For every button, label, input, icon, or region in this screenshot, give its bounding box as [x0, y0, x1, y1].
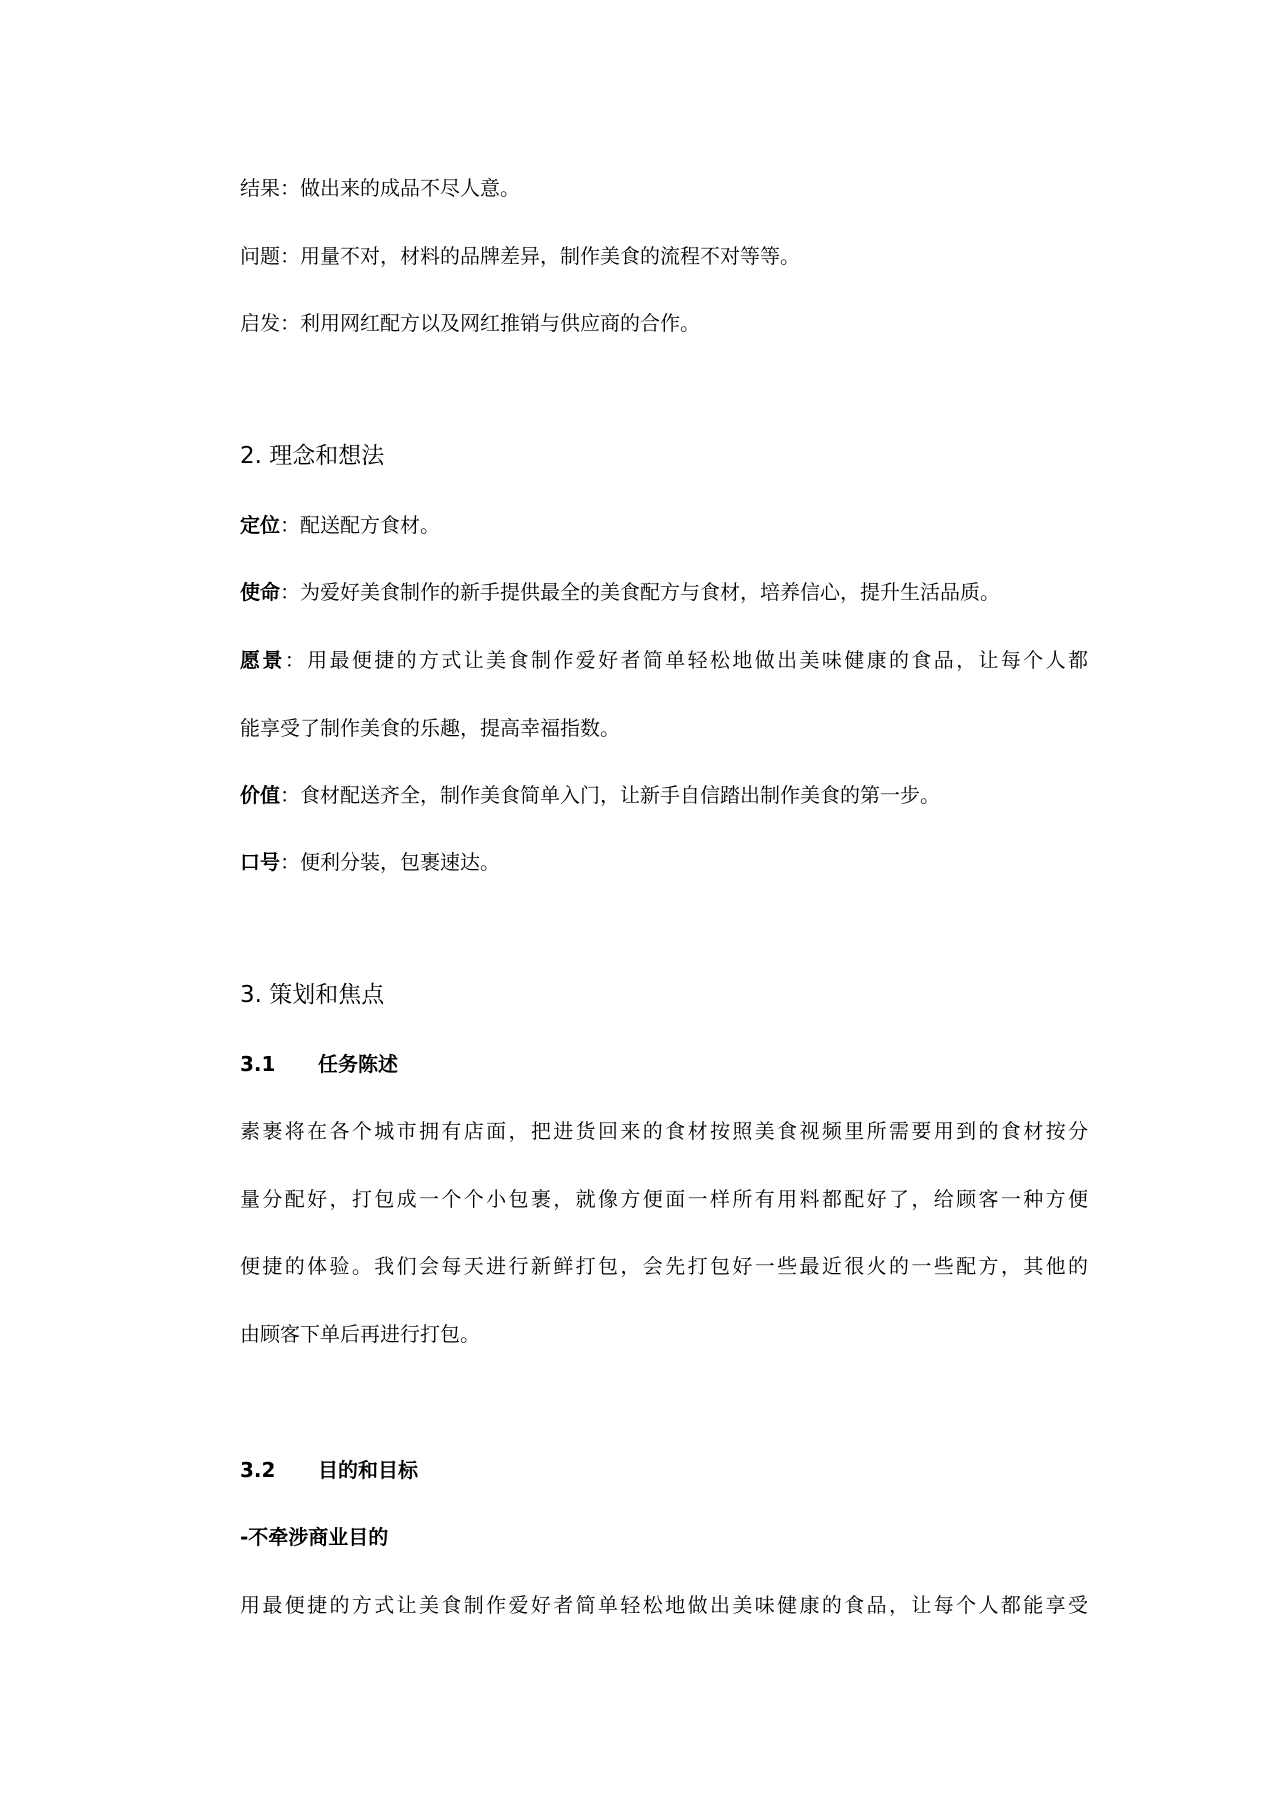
separator: ： [280, 580, 300, 604]
inspiration-line: 启发：利用网红配方以及网红推销与供应商的合作。 [240, 310, 700, 336]
value-label: 价值 [240, 783, 280, 807]
slogan-text: 便利分装，包裹速达。 [300, 850, 500, 874]
mission-label: 使命 [240, 580, 280, 604]
value-text: 食材配送齐全，制作美食简单入门，让新手自信踏出制作美食的第一步。 [300, 783, 940, 807]
value-line: 价值：食材配送齐全，制作美食简单入门，让新手自信踏出制作美食的第一步。 [240, 782, 940, 808]
mission-line: 使命：为爱好美食制作的新手提供最全的美食配方与食材，培养信心，提升生活品质。 [240, 579, 1000, 605]
positioning-label: 定位 [240, 513, 280, 537]
separator: ： [285, 648, 307, 672]
subsection-title: 任务陈述 [318, 1052, 398, 1076]
separator: ： [280, 783, 300, 807]
subsection-number: 3.2 [240, 1457, 318, 1483]
section-3-heading: 3. 策划和焦点 [240, 982, 384, 1008]
mission-statement-line-3: 便捷的体验。我们会每天进行新鲜打包，会先打包好一些最近很火的一些配方，其他的 [240, 1253, 1088, 1279]
mission-statement-line-1: 素裹将在各个城市拥有店面，把进货回来的食材按照美食视频里所需要用到的食材按分 [240, 1118, 1088, 1144]
positioning-text: 配送配方食材。 [300, 513, 440, 537]
document-page: 结果：做出来的成品不尽人意。 问题：用量不对，材料的品牌差异，制作美食的流程不对… [0, 0, 1280, 1812]
subsection-title: 目的和目标 [318, 1458, 418, 1482]
result-line: 结果：做出来的成品不尽人意。 [240, 175, 520, 201]
goal-line-1: 用最便捷的方式让美食制作爱好者简单轻松地做出美味健康的食品，让每个人都能享受 [240, 1592, 1088, 1618]
non-commercial-point: -不牵涉商业目的 [240, 1524, 388, 1550]
vision-text: 用最便捷的方式让美食制作爱好者简单轻松地做出美味健康的食品，让每个人都 [307, 648, 1088, 672]
separator: ： [280, 850, 300, 874]
inspiration-text: 利用网红配方以及网红推销与供应商的合作。 [300, 311, 700, 335]
subsection-number: 3.1 [240, 1051, 318, 1077]
result-text: 做出来的成品不尽人意。 [300, 176, 520, 200]
result-label: 结果 [240, 176, 280, 200]
subsection-3-1-heading: 3.1任务陈述 [240, 1051, 398, 1077]
positioning-line: 定位：配送配方食材。 [240, 512, 440, 538]
vision-label: 愿景 [240, 648, 285, 672]
separator: ： [280, 513, 300, 537]
slogan-line: 口号：便利分装，包裹速达。 [240, 849, 500, 875]
problem-line: 问题：用量不对，材料的品牌差异，制作美食的流程不对等等。 [240, 243, 800, 269]
section-2-heading: 2. 理念和想法 [240, 443, 384, 469]
vision-continuation: 能享受了制作美食的乐趣，提高幸福指数。 [240, 715, 620, 741]
problem-label: 问题 [240, 244, 280, 268]
mission-statement-line-2: 量分配好，打包成一个个小包裹，就像方便面一样所有用料都配好了，给顾客一种方便 [240, 1186, 1088, 1212]
separator: ： [280, 311, 300, 335]
slogan-label: 口号 [240, 850, 280, 874]
inspiration-label: 启发 [240, 311, 280, 335]
problem-text: 用量不对，材料的品牌差异，制作美食的流程不对等等。 [300, 244, 800, 268]
mission-text: 为爱好美食制作的新手提供最全的美食配方与食材，培养信心，提升生活品质。 [300, 580, 1000, 604]
vision-line: 愿景：用最便捷的方式让美食制作爱好者简单轻松地做出美味健康的食品，让每个人都 [240, 647, 1088, 673]
mission-statement-line-4: 由顾客下单后再进行打包。 [240, 1321, 480, 1347]
subsection-3-2-heading: 3.2目的和目标 [240, 1457, 418, 1483]
separator: ： [280, 244, 300, 268]
separator: ： [280, 176, 300, 200]
